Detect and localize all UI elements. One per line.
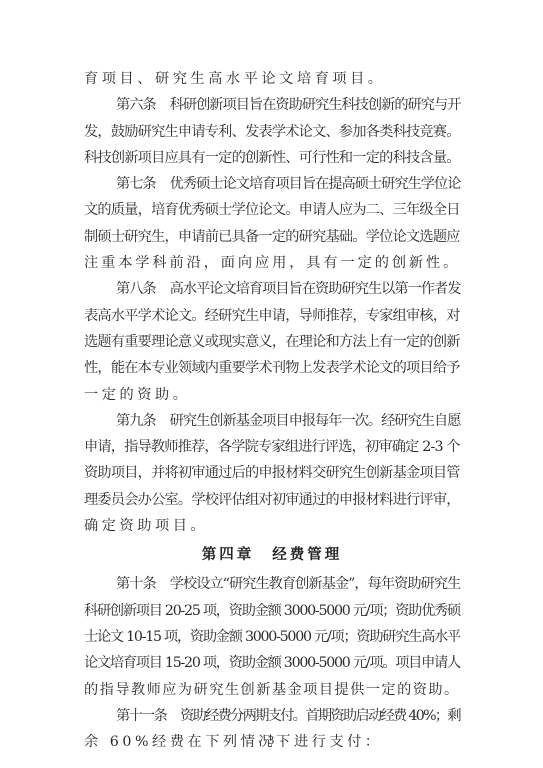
- text-line: 论文培育项目 15-20 项，资助金额 3000-5000 元/项。项目申请人: [84, 650, 460, 676]
- text-line: 选题有重要理论意义或现实意义，在理论和方法上有一定的创新: [84, 329, 460, 355]
- line-text: 的指导教师应为研究生创新基金项目提供一定的资助。: [84, 682, 460, 698]
- paragraphs-before-heading: 育项目、研究生高水平论文培育项目。第六条科研创新项目旨在资助研究生科技创新的研究…: [84, 66, 460, 539]
- document-body: 育项目、研究生高水平论文培育项目。第六条科研创新项目旨在资助研究生科技创新的研究…: [84, 66, 460, 755]
- article-number: 第七条: [116, 176, 156, 192]
- article-number: 第八条: [116, 281, 156, 297]
- document-page: 育项目、研究生高水平论文培育项目。第六条科研创新项目旨在资助研究生科技创新的研究…: [0, 0, 543, 768]
- line-text: 制硕士研究生，申请前已具备一定的研究基础。学位论文选题应: [84, 229, 460, 245]
- chapter-title: 经费管理: [272, 547, 342, 563]
- text-line: 科研创新项目 20-25 项，资助金额 3000-5000 元/项；资助优秀硕: [84, 598, 460, 624]
- text-line: 科技创新项目应具有一定的创新性、可行性和一定的科技含量。: [84, 145, 460, 171]
- text-line: 第十条学校设立“研究生教育创新基金”，每年资助研究生: [84, 571, 460, 597]
- line-text: 注重本学科前沿，面向应用，具有一定的创新性。: [84, 255, 460, 271]
- line-text: 育项目、研究生高水平论文培育项目。: [84, 71, 386, 87]
- article-number: 第六条: [116, 97, 156, 113]
- text-line: 资助项目，并将初审通过后的申报材料交研究生创新基金项目管: [84, 460, 460, 486]
- text-line: 申请，指导教师推荐，各学院专家组进行评选，初审确定 2-3 个: [84, 434, 460, 460]
- line-text: 理委员会办公室。学校评估组对初审通过的申报材料进行评审，: [84, 492, 460, 508]
- text-line: 第七条优秀硕士论文培育项目旨在提高硕士研究生学位论: [84, 171, 460, 197]
- page-number: - 3 -: [0, 734, 543, 747]
- chapter-number: 第四章: [202, 547, 255, 563]
- text-line: 育项目、研究生高水平论文培育项目。: [84, 66, 460, 92]
- line-text: 科研创新项目 20-25 项，资助金额 3000-5000 元/项；资助优秀硕: [84, 603, 460, 619]
- line-text: 文的质量，培育优秀硕士学位论文。申请人应为二、三年级全日: [84, 202, 460, 218]
- text-line: 第八条高水平论文培育项目旨在资助研究生以第一作者发: [84, 276, 460, 302]
- text-line: 第十一条资助经费分两期支付。首期资助启动经费 40%；剩: [84, 703, 460, 729]
- line-text: 性，能在本专业领域内重要学术刊物上发表学术论文的项目给予: [84, 360, 460, 376]
- line-text: 确定资助项目。: [84, 518, 208, 534]
- line-text: 科研创新项目旨在资助研究生科技创新的研究与开: [170, 97, 461, 113]
- text-line: 第九条研究生创新基金项目申报每年一次。经研究生自愿: [84, 408, 460, 434]
- text-line: 理委员会办公室。学校评估组对初审通过的申报材料进行评审，: [84, 487, 460, 513]
- article-number: 第十条: [116, 576, 156, 592]
- text-line: 确定资助项目。: [84, 513, 460, 539]
- line-text: 选题有重要理论意义或现实意义，在理论和方法上有一定的创新: [84, 334, 460, 350]
- chapter-heading: 第四章经费管理: [84, 539, 460, 571]
- line-text: 资助经费分两期支付。首期资助启动经费 40%；剩: [180, 708, 460, 724]
- text-line: 制硕士研究生，申请前已具备一定的研究基础。学位论文选题应: [84, 224, 460, 250]
- paragraphs-after-heading: 第十条学校设立“研究生教育创新基金”，每年资助研究生科研创新项目 20-25 项…: [84, 571, 460, 755]
- line-text: 研究生创新基金项目申报每年一次。经研究生自愿: [170, 413, 461, 429]
- text-line: 一定的资助。: [84, 382, 460, 408]
- line-text: 资助项目，并将初审通过后的申报材料交研究生创新基金项目管: [84, 465, 460, 481]
- article-number: 第十一条: [116, 708, 166, 724]
- text-line: 的指导教师应为研究生创新基金项目提供一定的资助。: [84, 677, 460, 703]
- line-text: 表高水平学术论文。经研究生申请，导师推荐，专家组审核，对: [84, 308, 460, 324]
- line-text: 发，鼓励研究生申请专利、发表学术论文、参加各类科技竞赛。: [84, 124, 460, 140]
- text-line: 发，鼓励研究生申请专利、发表学术论文、参加各类科技竞赛。: [84, 119, 460, 145]
- line-text: 学校设立“研究生教育创新基金”，每年资助研究生: [170, 576, 461, 592]
- line-text: 优秀硕士论文培育项目旨在提高硕士研究生学位论: [170, 176, 461, 192]
- article-number: 第九条: [116, 413, 156, 429]
- line-text: 申请，指导教师推荐，各学院专家组进行评选，初审确定 2-3 个: [84, 439, 460, 455]
- line-text: 高水平论文培育项目旨在资助研究生以第一作者发: [170, 281, 461, 297]
- text-line: 性，能在本专业领域内重要学术刊物上发表学术论文的项目给予: [84, 355, 460, 381]
- text-line: 第六条科研创新项目旨在资助研究生科技创新的研究与开: [84, 92, 460, 118]
- line-text: 科技创新项目应具有一定的创新性、可行性和一定的科技含量。: [84, 150, 460, 166]
- line-text: 一定的资助。: [84, 387, 190, 403]
- text-line: 表高水平学术论文。经研究生申请，导师推荐，专家组审核，对: [84, 303, 460, 329]
- text-line: 注重本学科前沿，面向应用，具有一定的创新性。: [84, 250, 460, 276]
- text-line: 士论文 10-15 项，资助金额 3000-5000 元/项；资助研究生高水平: [84, 624, 460, 650]
- text-line: 文的质量，培育优秀硕士学位论文。申请人应为二、三年级全日: [84, 197, 460, 223]
- line-text: 论文培育项目 15-20 项，资助金额 3000-5000 元/项。项目申请人: [84, 655, 460, 671]
- line-text: 士论文 10-15 项，资助金额 3000-5000 元/项；资助研究生高水平: [84, 629, 460, 645]
